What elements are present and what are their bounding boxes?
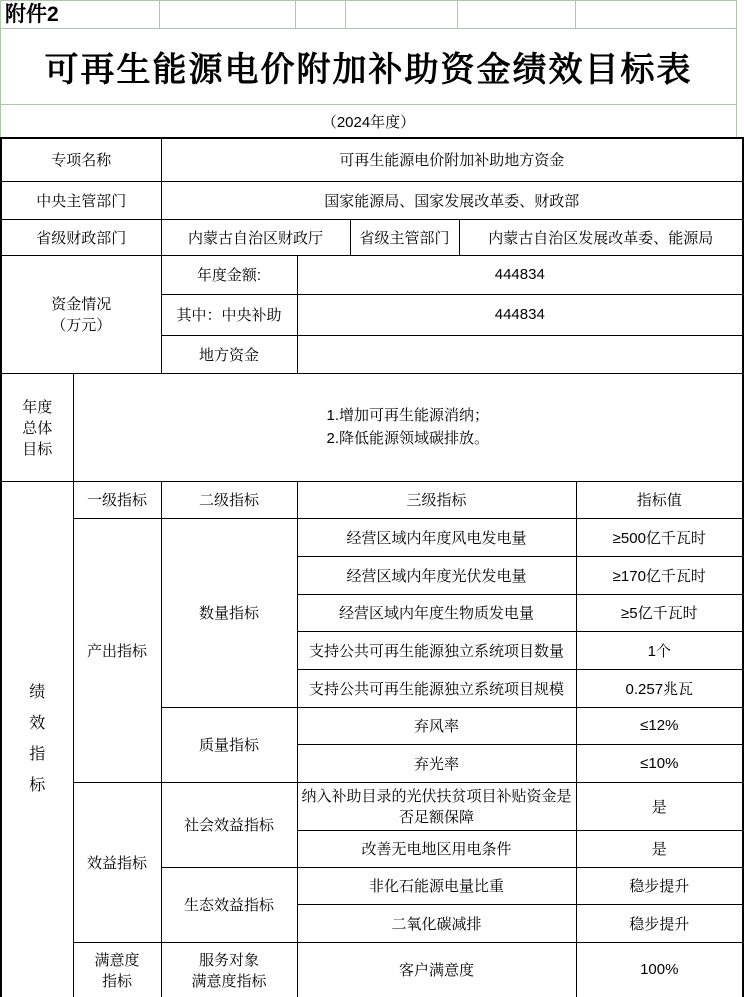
indicator-name: 改善无电地区用电条件 xyxy=(297,830,576,867)
annual-goal-content: 1.增加可再生能源消纳； 2.降低能源领域碳排放。 xyxy=(73,373,743,481)
header-level1: 一级指标 xyxy=(73,481,161,518)
table-header-row: 绩 效 指 标 一级指标 二级指标 三级指标 指标值 xyxy=(1,481,743,518)
performance-section-label-text: 绩 效 指 标 xyxy=(4,677,71,802)
indicator-name: 弃风率 xyxy=(297,707,576,744)
table-row: 资金情况 （万元） 年度金额: 444834 xyxy=(1,255,743,294)
annual-goal-label: 年度 总体 目标 xyxy=(1,373,73,481)
indicator-value: 稳步提升 xyxy=(576,867,743,904)
indicator-value: 0.257兆瓦 xyxy=(576,669,743,707)
header-level2: 二级指标 xyxy=(161,481,297,518)
table-row: 效益指标 社会效益指标 纳入补助目录的光伏扶贫项目补贴资金是否足额保障 是 xyxy=(1,782,743,830)
header-level3: 三级指标 xyxy=(297,481,576,518)
grid-cell: 附件2 xyxy=(1,1,160,28)
provincial-finance-value: 内蒙古自治区财政厅 xyxy=(161,219,350,255)
indicator-value: 稳步提升 xyxy=(576,904,743,942)
performance-section-label: 绩 效 指 标 xyxy=(1,481,73,997)
page-subtitle: （2024年度） xyxy=(322,111,415,132)
table-row: 中央主管部门 国家能源局、国家发展改革委、财政部 xyxy=(1,181,743,219)
level2-quantity: 数量指标 xyxy=(161,518,297,707)
funding-annual-value: 444834 xyxy=(297,255,743,294)
table-row: 省级财政部门 内蒙古自治区财政厅 省级主管部门 内蒙古自治区发展改革委、能源局 xyxy=(1,219,743,255)
grid-cell xyxy=(346,1,458,28)
funding-annual-label: 年度金额: xyxy=(161,255,297,294)
table-row: 产出指标 数量指标 经营区域内年度风电发电量 ≥500亿千瓦时 xyxy=(1,518,743,556)
indicator-value: ≥500亿千瓦时 xyxy=(576,518,743,556)
funding-local-label: 地方资金 xyxy=(161,335,297,373)
level2-quality: 质量指标 xyxy=(161,707,297,782)
page-title: 可再生能源电价附加补助资金绩效目标表 xyxy=(45,42,693,91)
indicator-name: 经营区域内年度风电发电量 xyxy=(297,518,576,556)
project-name-label: 专项名称 xyxy=(1,138,161,181)
title-band: 可再生能源电价附加补助资金绩效目标表 xyxy=(0,29,737,105)
table-row: 专项名称 可再生能源电价附加补助地方资金 xyxy=(1,138,743,181)
indicator-value: 是 xyxy=(576,782,743,830)
indicator-name: 纳入补助目录的光伏扶贫项目补贴资金是否足额保障 xyxy=(297,782,576,830)
subtitle-band: （2024年度） xyxy=(0,105,737,137)
provincial-finance-label: 省级财政部门 xyxy=(1,219,161,255)
grid-cell xyxy=(160,1,296,28)
level2-social: 社会效益指标 xyxy=(161,782,297,867)
funding-central-label: 其中：中央补助 xyxy=(161,294,297,335)
header-value: 指标值 xyxy=(576,481,743,518)
funding-local-value xyxy=(297,335,743,373)
level1-output: 产出指标 xyxy=(73,518,161,782)
sheet-gridline-strip: 附件2 xyxy=(0,0,737,29)
indicator-name: 二氧化碳减排 xyxy=(297,904,576,942)
indicator-value: ≥170亿千瓦时 xyxy=(576,556,743,594)
indicator-value: ≤12% xyxy=(576,707,743,744)
level1-benefit: 效益指标 xyxy=(73,782,161,942)
indicator-name: 支持公共可再生能源独立系统项目规模 xyxy=(297,669,576,707)
indicator-name: 非化石能源电量比重 xyxy=(297,867,576,904)
indicator-value: 100% xyxy=(576,942,743,997)
level2-ecological: 生态效益指标 xyxy=(161,867,297,942)
project-name-value: 可再生能源电价附加补助地方资金 xyxy=(161,138,743,181)
grid-cell xyxy=(576,1,737,28)
performance-target-table: 专项名称 可再生能源电价附加补助地方资金 中央主管部门 国家能源局、国家发展改革… xyxy=(0,137,744,997)
table-row: 满意度 指标 服务对象 满意度指标 客户满意度 100% xyxy=(1,942,743,997)
indicator-name: 客户满意度 xyxy=(297,942,576,997)
level2-service-satisfaction: 服务对象 满意度指标 xyxy=(161,942,297,997)
provincial-dept-value: 内蒙古自治区发展改革委、能源局 xyxy=(459,219,743,255)
level1-satisfaction: 满意度 指标 xyxy=(73,942,161,997)
funding-label: 资金情况 （万元） xyxy=(1,255,161,373)
central-dept-label: 中央主管部门 xyxy=(1,181,161,219)
provincial-dept-label: 省级主管部门 xyxy=(350,219,459,255)
indicator-name: 弃光率 xyxy=(297,744,576,782)
grid-cell xyxy=(296,1,346,28)
funding-central-value: 444834 xyxy=(297,294,743,335)
indicator-name: 支持公共可再生能源独立系统项目数量 xyxy=(297,631,576,669)
indicator-value: 1个 xyxy=(576,631,743,669)
indicator-value: ≥5亿千瓦时 xyxy=(576,594,743,631)
grid-cell xyxy=(458,1,576,28)
indicator-value: ≤10% xyxy=(576,744,743,782)
attachment-label: 附件2 xyxy=(1,1,159,29)
indicator-name: 经营区域内年度生物质发电量 xyxy=(297,594,576,631)
central-dept-value: 国家能源局、国家发展改革委、财政部 xyxy=(161,181,743,219)
indicator-name: 经营区域内年度光伏发电量 xyxy=(297,556,576,594)
indicator-value: 是 xyxy=(576,830,743,867)
table-row: 年度 总体 目标 1.增加可再生能源消纳； 2.降低能源领域碳排放。 xyxy=(1,373,743,481)
